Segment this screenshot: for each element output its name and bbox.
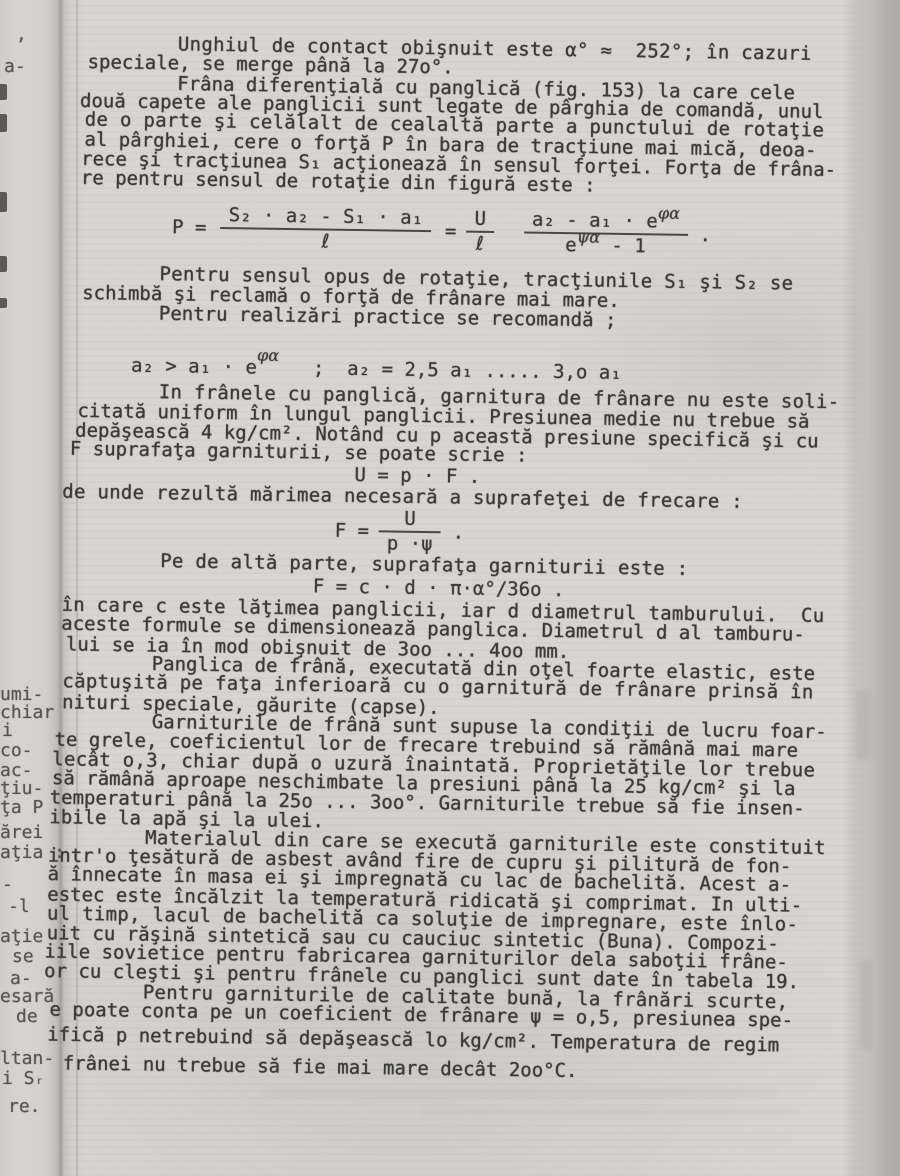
paragraphs-intro: Unghiul de contact obişnuit este α° ≈ 25… xyxy=(76,34,884,200)
margin-text-fragment: ltan- xyxy=(0,1050,54,1068)
exponent-phi-alpha: φα xyxy=(658,204,680,223)
ghost-text-impression xyxy=(260,1088,780,1097)
exponent-psi-alpha: ψα xyxy=(577,228,601,247)
page-text-block: Unghiul de contact obişnuit este α° ≈ 25… xyxy=(63,34,884,1085)
margin-text-fragment: re. xyxy=(8,1098,41,1116)
exponent-phi-alpha: φα xyxy=(257,346,279,365)
margin-text-fragment: ărei xyxy=(0,824,43,842)
margin-text-fragment: se xyxy=(12,948,34,966)
fraction-1: S₂ · a₂ - S₁ · a₁ ℓ xyxy=(220,205,431,254)
margin-text-fragment: - xyxy=(2,876,13,894)
formula-period: . xyxy=(699,224,711,246)
scan-edge-mark xyxy=(0,298,7,308)
margin-text-fragment: esară xyxy=(0,988,54,1006)
fraction-3: a₂ - a₁ · eφα eψα - 1 xyxy=(523,210,688,258)
scanned-book-page: ,a-umi-chiarico-ac-ţiu-ţa Păreiaţia :--l… xyxy=(0,0,900,1176)
scan-edge-mark xyxy=(0,114,7,132)
margin-text-fragment: i xyxy=(2,722,13,740)
fraction-2: U ℓ xyxy=(466,209,494,255)
margin-text-fragment: a- xyxy=(4,58,26,76)
scan-edge-mark xyxy=(0,84,7,100)
paragraphs-lining-material: în care c este lăţimea panglicii, iar d … xyxy=(63,596,876,1085)
scan-edge-mark xyxy=(0,192,7,212)
margin-text-fragment: co- xyxy=(0,742,33,760)
scan-edge-mark xyxy=(0,256,7,272)
formula-lhs: P = xyxy=(172,217,207,240)
fraction-surface: U p ·ψ xyxy=(379,508,441,555)
formula-braking-force: P = S₂ · a₂ - S₁ · a₁ ℓ = U ℓ a₂ - a₁ · … xyxy=(75,188,882,276)
margin-text-fragment: de xyxy=(16,1008,38,1026)
margin-text-fragment: , xyxy=(16,26,27,44)
margin-text-fragment: ţiu- xyxy=(0,780,43,798)
text-line: frânei nu trebue să fie mai mare decât 2… xyxy=(63,1054,869,1085)
paragraphs-band-pressure: In frânele cu panglică, garnitura de frâ… xyxy=(72,382,879,471)
margin-text-fragment: aţie xyxy=(0,928,43,946)
margin-text-fragment: -l xyxy=(8,898,30,916)
margin-text-fragment: i Sᵣ xyxy=(2,1070,45,1088)
margin-text-fragment: ţa P xyxy=(0,799,43,817)
ghost-text-impression xyxy=(420,1108,800,1116)
paragraphs-opposite-rotation: Pentru sensul opus de rotaţie, tracţiuni… xyxy=(74,264,881,334)
equals-sign: = xyxy=(445,221,457,243)
